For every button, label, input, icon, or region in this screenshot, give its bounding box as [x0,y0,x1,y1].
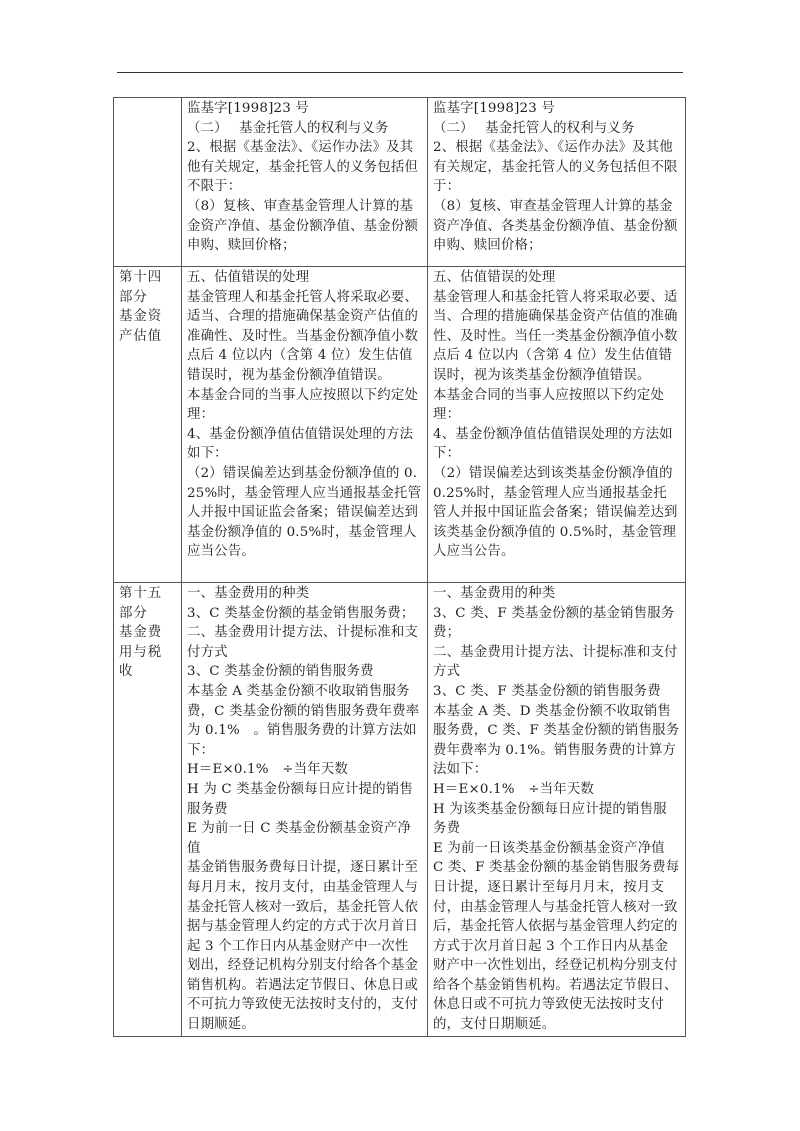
table-row-asset-valuation: 第十四 部分 基金资 产估值 五、估值错误的处理 基金管理人和基金托管人将采取必… [114,267,686,583]
clause-line: 一、基金费用的种类 [187,584,422,604]
section-cell: 第十五 部分 基金费 用与税 收 [114,583,182,1037]
section-cell [114,98,182,267]
section-label-line: 基金费 [119,623,176,643]
header-rule [117,72,683,73]
clause-line: 二、基金费用计提方法、计提标准和支付方式 [187,623,422,662]
clause-line: 本基金 A 类、D 类基金份额不收取销售服务费，C 类、F 类基金份额的销售服务… [433,702,680,780]
original-clause-cell: 一、基金费用的种类 3、C 类基金份额的基金销售服务费； 二、基金费用计提方法、… [182,583,428,1037]
original-clause-cell: 五、估值错误的处理 基金管理人和基金托管人将采取必要、适当、合理的措施确保基金资… [182,267,428,583]
clause-line: 五、估值错误的处理 [433,268,680,288]
clause-line: C 类、F 类基金份额的基金销售服务费每日计提，逐日累计至每月月末，按月支付，由… [433,858,680,1034]
clause-line: 基金管理人和基金托管人将采取必要、适当、合理的措施确保基金资产估值的准确性、及时… [187,288,422,386]
clause-line: （2）错误偏差达到基金份额净值的 0.25%时，基金管理人应当通报基金托管人并报… [187,464,422,562]
section-label-line: 基金资 [119,307,176,327]
section-label-line: 部分 [119,288,176,308]
clause-line: （二） 基金托管人的权利与义务 [433,119,680,139]
clause-line: E 为前一日该类基金份额基金资产净值 [433,839,680,859]
clause-line: H 为 C 类基金份额每日应计提的销售服务费 [187,780,422,819]
clause-line: 本基金合同的当事人应按照以下约定处理： [187,386,422,425]
table-row-custodian-duties: 监基字[1998]23 号 （二） 基金托管人的权利与义务 2、根据《基金法》、… [114,98,686,267]
clause-line: 3、C 类基金份额的销售服务费 [187,662,422,682]
clause-line: 2、根据《基金法》、《运作办法》及其他有关规定，基金托管人的义务包括但不限于： [187,138,422,197]
clause-line: 4、基金份额净值估值错误处理的方法如下： [433,425,680,464]
section-cell: 第十四 部分 基金资 产估值 [114,267,182,583]
clause-line: （二） 基金托管人的权利与义务 [187,119,422,139]
section-label-line: 收 [119,662,176,682]
clause-line: 监基字[1998]23 号 [433,99,680,119]
clause-line: 基金管理人和基金托管人将采取必要、适当、合理的措施确保基金资产估值的准确性、及时… [433,288,680,386]
original-clause-cell: 监基字[1998]23 号 （二） 基金托管人的权利与义务 2、根据《基金法》、… [182,98,428,267]
clause-line: 二、基金费用计提方法、计提标准和支付方式 [433,643,680,682]
clause-line: 3、C 类基金份额的基金销售服务费； [187,604,422,624]
clause-line: 本基金 A 类基金份额不收取销售服务费，C 类基金份额的销售服务费年费率为 0.… [187,682,422,760]
clause-line: （8）复核、审查基金管理人计算的基金资产净值、各类基金份额净值、基金份额申购、赎… [433,197,680,256]
clause-line: 五、估值错误的处理 [187,268,422,288]
clause-line: 基金销售服务费每日计提，逐日累计至每月月末，按月支付，由基金管理人与基金托管人核… [187,858,422,1034]
revised-clause-cell: 监基字[1998]23 号 （二） 基金托管人的权利与义务 2、根据《基金法》、… [428,98,686,267]
clause-line: 3、C 类、F 类基金份额的基金销售服务费； [433,604,680,643]
clause-line: H 为该类基金份额每日应计提的销售服务费 [433,800,680,839]
revised-clause-cell: 一、基金费用的种类 3、C 类、F 类基金份额的基金销售服务费； 二、基金费用计… [428,583,686,1037]
clause-line: 监基字[1998]23 号 [187,99,422,119]
section-label-line: 产估值 [119,327,176,347]
section-label-line: 用与税 [119,643,176,663]
clause-line: 3、C 类、F 类基金份额的销售服务费 [433,682,680,702]
section-label-line: 部分 [119,604,176,624]
clause-line: 一、基金费用的种类 [433,584,680,604]
clause-line: 2、根据《基金法》、《运作办法》及其他有关规定，基金托管人的义务包括但不限于： [433,138,680,197]
clause-line: 本基金合同的当事人应按照以下约定处理： [433,386,680,425]
clause-line: （2）错误偏差达到该类基金份额净值的 0.25%时，基金管理人应当通报基金托管人… [433,464,680,562]
clause-line: （8）复核、审查基金管理人计算的基金资产净值、基金份额净值、基金份额申购、赎回价… [187,197,422,256]
section-label-line: 第十五 [119,584,176,604]
clause-line: 4、基金份额净值估值错误处理的方法如下： [187,425,422,464]
comparison-table: 监基字[1998]23 号 （二） 基金托管人的权利与义务 2、根据《基金法》、… [113,97,686,1037]
clause-line: H＝E×0.1% ÷当年天数 [433,780,680,800]
section-label-line: 第十四 [119,268,176,288]
clause-line: H＝E×0.1% ÷当年天数 [187,760,422,780]
clause-line: E 为前一日 C 类基金份额基金资产净值 [187,819,422,858]
table-row-fund-fees: 第十五 部分 基金费 用与税 收 一、基金费用的种类 3、C 类基金份额的基金销… [114,583,686,1037]
revised-clause-cell: 五、估值错误的处理 基金管理人和基金托管人将采取必要、适当、合理的措施确保基金资… [428,267,686,583]
